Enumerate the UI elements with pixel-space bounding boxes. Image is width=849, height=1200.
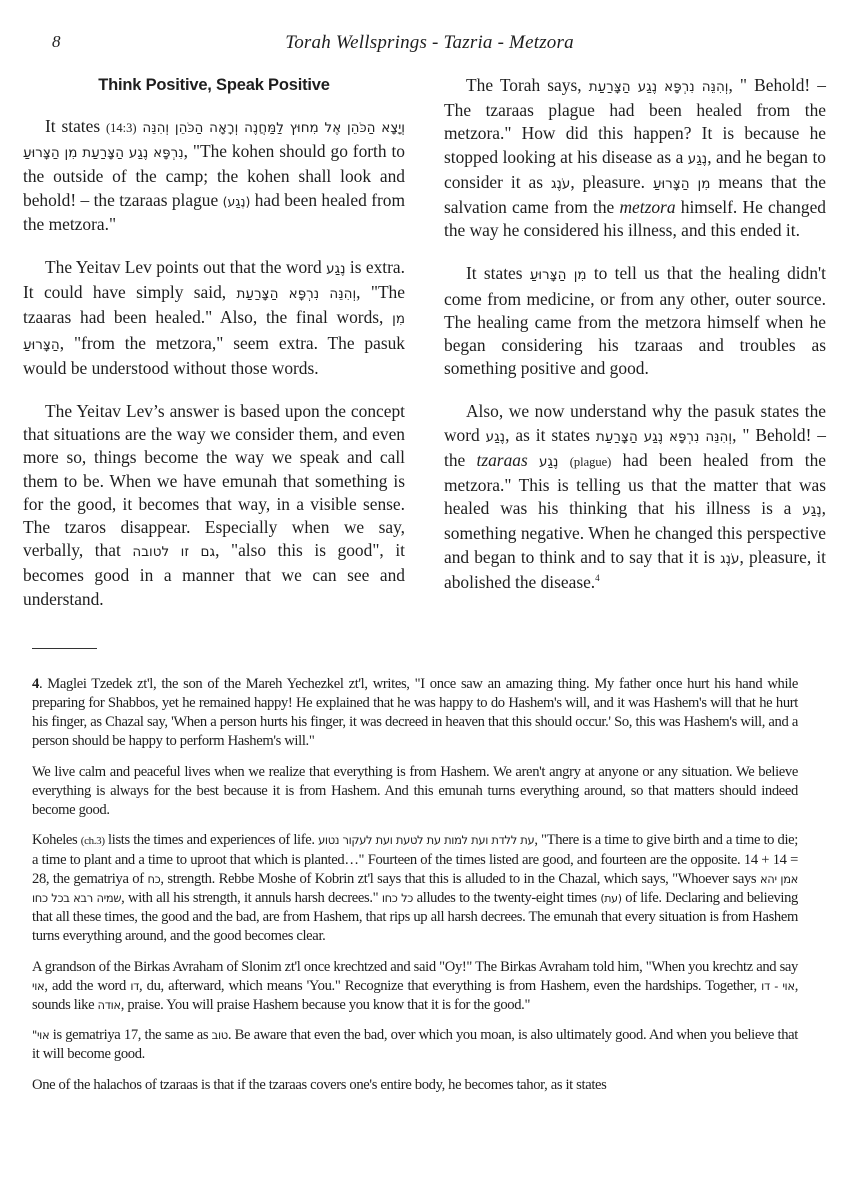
section-title: Think Positive, Speak Positive (23, 74, 405, 96)
running-title: Torah Wellsprings - Tazria - Metzora (0, 32, 849, 54)
hebrew-word: נֶגַע (539, 454, 558, 470)
paragraph: It states מִן הַצָּרוּעַ to tell us that… (444, 262, 826, 380)
text: lists the times and experiences of life. (105, 832, 318, 848)
text: , pleasure. (570, 172, 653, 192)
footnote-paragraph: A grandson of the Birkas Avraham of Slon… (32, 958, 798, 1015)
text: , praise. You will praise Hashem because… (121, 997, 530, 1013)
right-column: The Torah says, וְהִנֵּה נִרְפָּא נֶגַע … (444, 74, 826, 614)
paragraph: The Yeitav Lev’s answer is based upon th… (23, 400, 405, 611)
hebrew-word: נֶגַע (688, 151, 707, 167)
text: The Torah says, (466, 75, 589, 95)
text: It states (45, 116, 106, 136)
hebrew-word: (נֶגַע) (223, 194, 251, 209)
text: , with all his strength, it annuls harsh… (121, 890, 382, 906)
hebrew-quote: מִן הַצָּרוּעַ (653, 176, 710, 192)
hebrew-quote: כל כחו (382, 891, 413, 905)
hebrew-quote: עת ללדת ועת למות עת לטעת ועת לעקור נטוע (318, 833, 534, 847)
verse-reference: (14:3) (106, 121, 137, 135)
text: , add the word (44, 978, 130, 994)
gloss: (plague) (570, 455, 612, 469)
hebrew-quote: וְהִנֵּה נִרְפָּא נֶגַע הַצָּרַעַת (589, 79, 729, 95)
footnote-reference[interactable]: 4 (595, 573, 600, 583)
hebrew-word: אודה (98, 998, 121, 1012)
text: Koheles (32, 832, 81, 848)
text: , strength. Rebbe Moshe of Kobrin zt'l s… (160, 871, 760, 887)
footnote: 4. Maglei Tzedek zt'l, the son of the Ma… (32, 675, 798, 751)
hebrew-word: נֶגַע (326, 261, 345, 277)
text: , du, afterward, which means 'You." Reco… (139, 978, 761, 994)
italic-term: metzora (619, 197, 675, 217)
hebrew-word: נֶגַע (486, 429, 505, 445)
hebrew-word: נֶגַע (802, 502, 821, 518)
chapter-reference: (ch.3) (81, 835, 105, 847)
left-column: Think Positive, Speak Positive It states… (23, 74, 405, 631)
book-page: 8 Torah Wellsprings - Tazria - Metzora T… (0, 0, 849, 1200)
text: is gematriya 17, the same as (49, 1027, 211, 1043)
hebrew-gloss: (עת) (600, 892, 621, 905)
italic-term: tzaraas (477, 450, 528, 470)
paragraph: Also, we now understand why the pasuk st… (444, 400, 826, 594)
text (528, 450, 539, 470)
paragraph: It states (14:3) וְיָצָא הַכֹּהֵן אֶל מִ… (23, 115, 405, 236)
footnote-number: 4 (32, 676, 39, 692)
paragraph: The Torah says, וְהִנֵּה נִרְפָּא נֶגַע … (444, 74, 826, 242)
footnote-paragraph: One of the halachos of tzaraas is that i… (32, 1076, 798, 1095)
hebrew-word: עֹנֶג (720, 551, 739, 567)
footnote-paragraph: We live calm and peaceful lives when we … (32, 763, 798, 820)
text: . Maglei Tzedek zt'l, the son of the Mar… (32, 676, 798, 749)
text: , "from the metzora," seem extra. The pa… (23, 333, 405, 378)
hebrew-word: אוי" (32, 1028, 49, 1042)
hebrew-word: כח (147, 872, 160, 886)
text: A grandson of the Birkas Avraham of Slon… (32, 959, 798, 975)
hebrew-quote: וְהִנֵּה נִרְפָּא נֶגַע הַצָּרַעַת (596, 429, 732, 445)
hebrew-quote: וְהִנֵּה נִרְפָּא הַצָּרַעַת (236, 286, 356, 302)
text: The Yeitav Lev’s answer is based upon th… (23, 401, 405, 560)
hebrew-word: אוי (32, 979, 44, 993)
hebrew-quote: גם זו לטובה (132, 544, 215, 560)
paragraph: The Yeitav Lev points out that the word … (23, 256, 405, 380)
footnotes: 4. Maglei Tzedek zt'l, the son of the Ma… (32, 675, 798, 1106)
hebrew-word: עֹנֶג (551, 176, 570, 192)
hebrew-word: טוב (212, 1028, 228, 1042)
hebrew-word: דו (130, 979, 139, 993)
hebrew-quote: אוי - דו (761, 979, 795, 993)
text: The Yeitav Lev points out that the word (45, 257, 326, 277)
text: It states (466, 263, 530, 283)
footnote-paragraph: Koheles (ch.3) lists the times and exper… (32, 831, 798, 946)
footnote-divider (32, 648, 97, 649)
text: , as it states (505, 425, 596, 445)
text: alludes to the twenty-eight times (413, 890, 600, 906)
footnote-paragraph: אוי" is gematriya 17, the same as טוב. B… (32, 1026, 798, 1064)
hebrew-quote: מִן הַצָּרוּעַ (530, 267, 587, 283)
text (558, 450, 569, 470)
